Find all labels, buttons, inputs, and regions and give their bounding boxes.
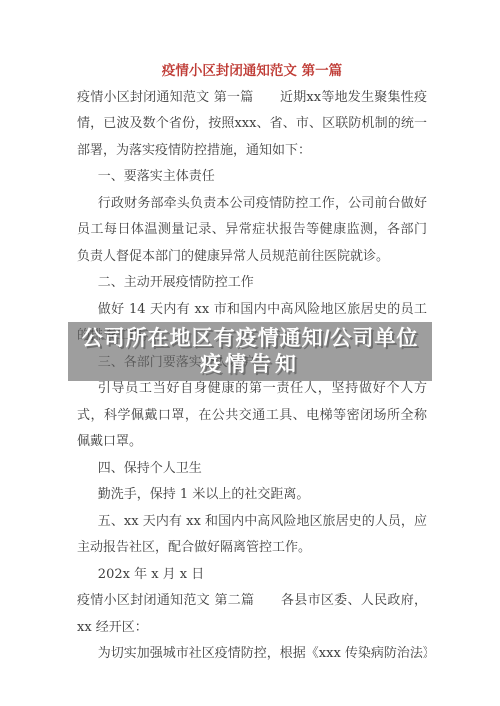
doc-paragraph: 五、xx 天内有 xx 和国内中高风险地区旅居史的人员，应主动报告社区，配合做好… [77, 509, 427, 562]
doc-paragraph: 为切实加强城市社区疫情防控，根据《xxx 传染病防治法》、《xxx [77, 641, 427, 668]
doc-paragraph: 202x 年 x 月 x 日 [77, 562, 427, 589]
doc-paragraph: 二、主动开展疫情防控工作 [77, 270, 427, 297]
doc-paragraph: 疫情小区封闭通知范文 第一篇 近期xx等地发生聚集性疫情，已波及数个省份，按照x… [77, 85, 427, 165]
doc-paragraph: 一、要落实主体责任 [77, 164, 427, 191]
overlay-title-line2: 疫情告知 [200, 352, 300, 378]
overlay-title-line1: 公司所在地区有疫情通知/公司单位 [82, 326, 419, 352]
doc-paragraph: 引导员工当好自身健康的第一责任人，坚持做好个人方式，科学佩戴口罩，在公共交通工具… [77, 376, 427, 456]
caption-overlay-banner: 公司所在地区有疫情通知/公司单位 疫情告知 [68, 322, 432, 381]
page-title: 疫情小区封闭通知范文 第一篇 [77, 58, 427, 85]
doc-paragraph: 行政财务部牵头负责本公司疫情防控工作，公司前台做好员工每日体温测量记录、异常症状… [77, 191, 427, 271]
doc-paragraph: 四、保持个人卫生 [77, 456, 427, 483]
doc-paragraph: 勤洗手，保持 1 米以上的社交距离。 [77, 482, 427, 509]
doc-paragraph: 疫情小区封闭通知范文 第二篇 各县市区委、人民政府，xx 经开区： [77, 588, 427, 641]
